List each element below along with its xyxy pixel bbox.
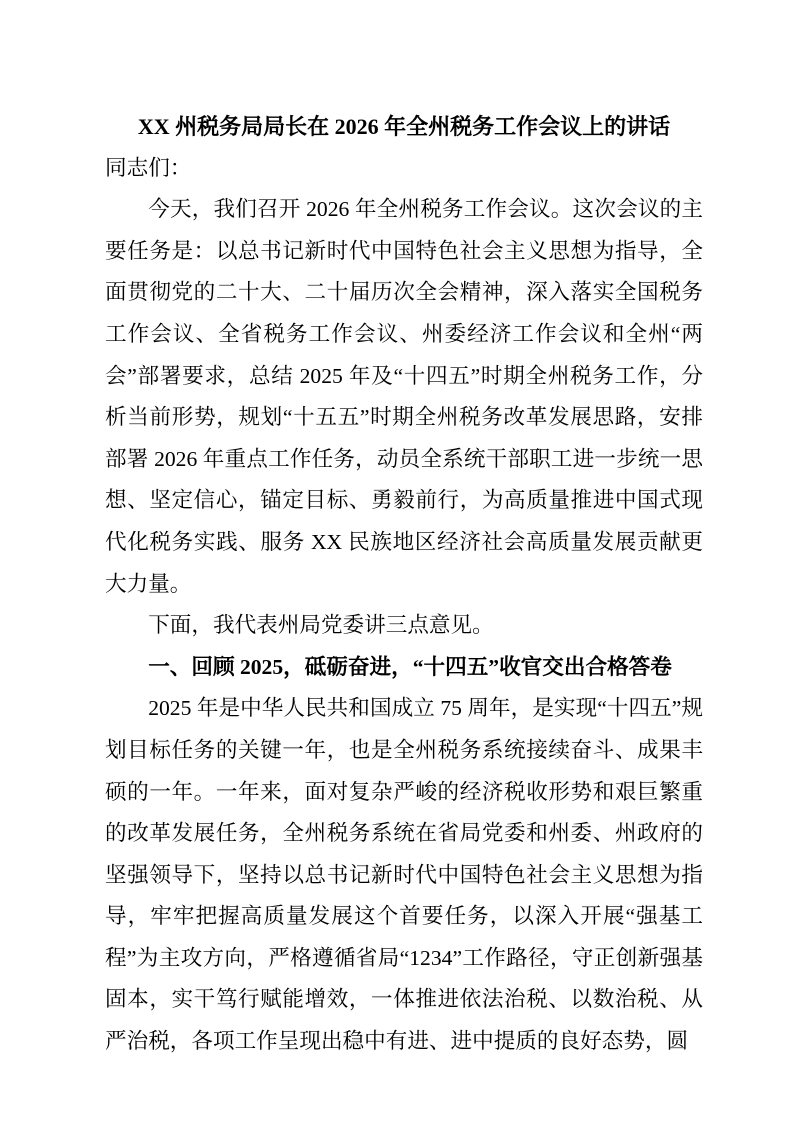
paragraph-transition: 下面，我代表州局党委讲三点意见。 [105, 605, 703, 647]
document-title: XX 州税务局局长在 2026 年全州税务工作会议上的讲话 [105, 106, 703, 148]
paragraph-section-1-body: 2025 年是中华人民共和国成立 75 周年，是实现“十四五”规划目标任务的关键… [105, 688, 703, 1062]
paragraph-opening: 今天，我们召开 2026 年全州税务工作会议。这次会议的主要任务是：以总书记新时… [105, 189, 703, 605]
section-heading-1: 一、回顾 2025，砥砺奋进，“十四五”收官交出合格答卷 [105, 647, 703, 689]
greeting-line: 同志们： [105, 148, 703, 190]
document-page: XX 州税务局局长在 2026 年全州税务工作会议上的讲话 同志们： 今天，我们… [0, 0, 793, 1122]
